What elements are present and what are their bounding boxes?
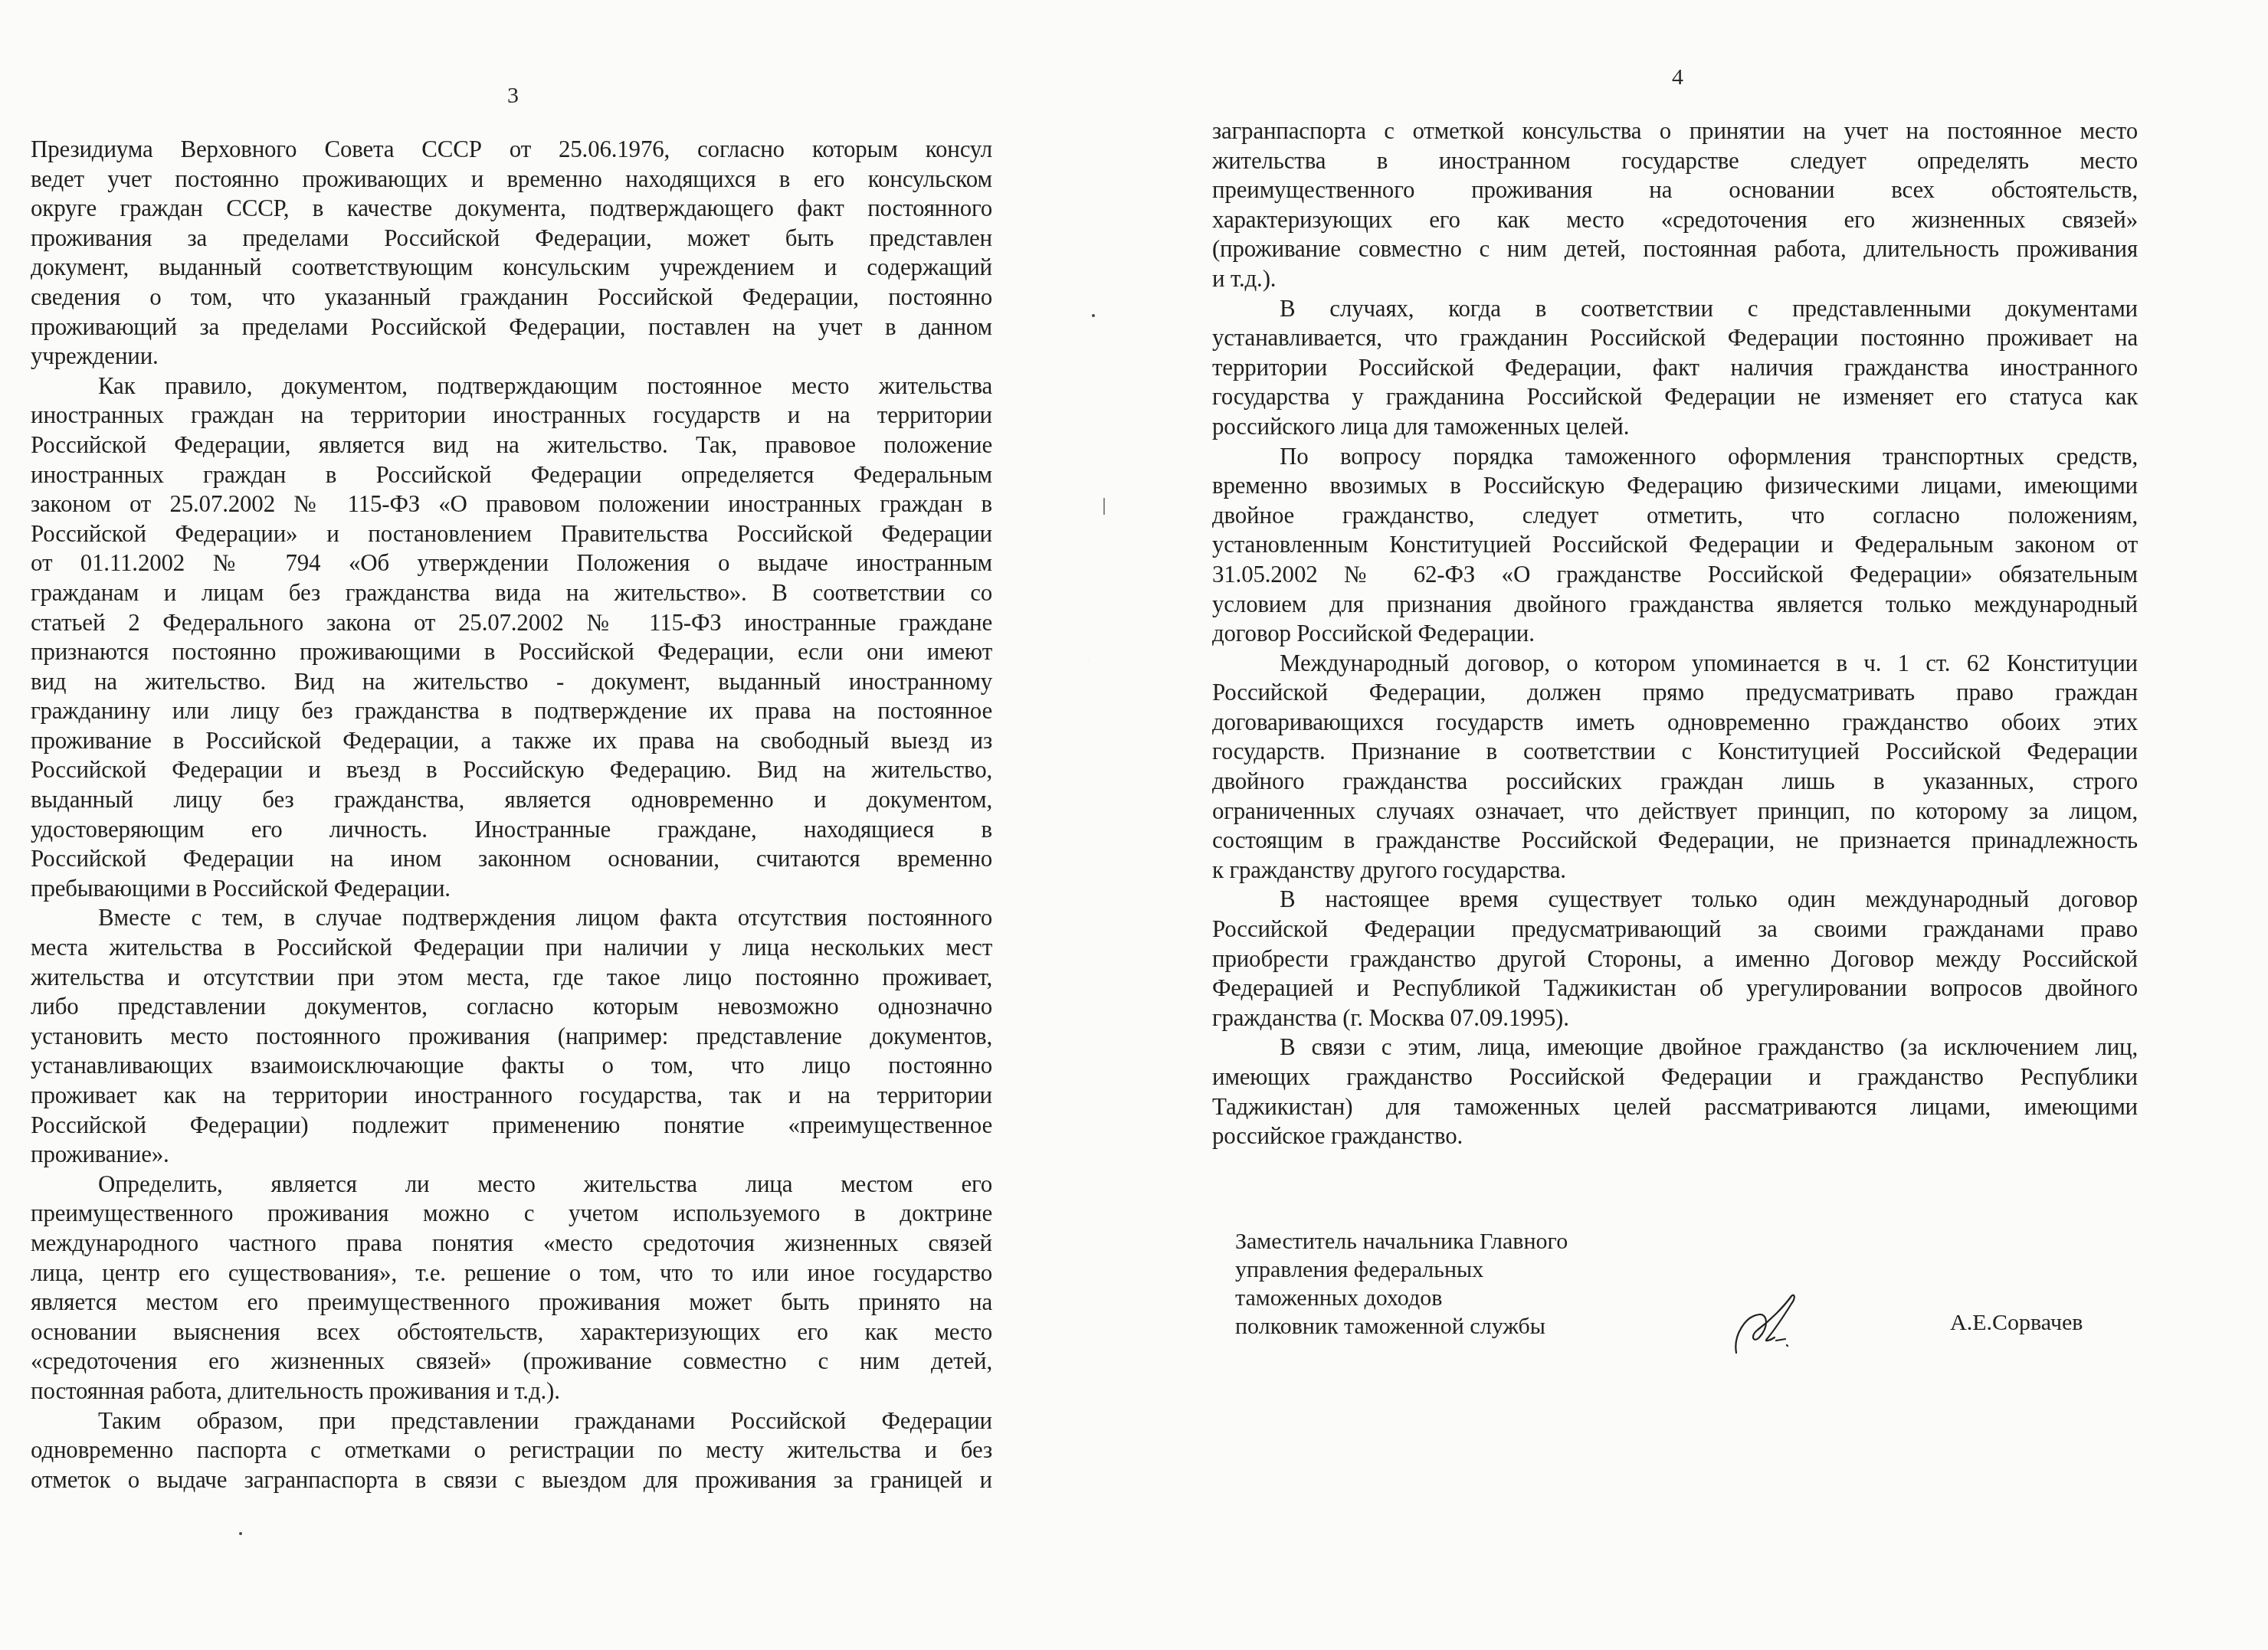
signatory-title-line: Заместитель начальника Главного xyxy=(1235,1227,1568,1256)
text-line: пребывающими в Российской Федерации. xyxy=(31,874,992,904)
text-line: выданный лицу без гражданства, является … xyxy=(31,785,992,815)
text-line: законом от 25.07.2002 № 115-ФЗ «О правов… xyxy=(31,489,992,519)
text-line: договор Российской Федерации. xyxy=(1212,619,2138,649)
signatory-title-line: управления федеральных xyxy=(1235,1256,1568,1284)
text-line: проживания за пределами Российской Федер… xyxy=(31,224,992,254)
scan-speck xyxy=(239,1532,242,1535)
text-line: двойного гражданства российских граждан … xyxy=(1212,767,2138,797)
signatory-title-line: таможенных доходов xyxy=(1235,1284,1568,1312)
text-line: округе граждан СССР, в качестве документ… xyxy=(31,194,992,224)
text-line: условием для признания двойного гражданс… xyxy=(1212,590,2138,620)
text-line: отметок о выдаче загранпаспорта в связи … xyxy=(31,1465,992,1495)
signatory-title: Заместитель начальника Главного управлен… xyxy=(1235,1227,1568,1341)
scan-mark xyxy=(1103,498,1105,515)
signatory-title-line: полковник таможенной службы xyxy=(1235,1312,1568,1341)
text-line: В настоящее время существует только один… xyxy=(1212,885,2138,915)
text-line: гражданства (г. Москва 07.09.1995). xyxy=(1212,1003,2138,1033)
text-line: состоящим в гражданстве Российской Федер… xyxy=(1212,826,2138,856)
text-line: территории Российской Федерации, факт на… xyxy=(1212,353,2138,383)
text-line: Российской Федерации) подлежит применени… xyxy=(31,1111,992,1141)
text-line: документ, выданный соответствующим консу… xyxy=(31,253,992,283)
text-line: государств. Признание в соответствии с К… xyxy=(1212,737,2138,767)
handwritten-signature-icon xyxy=(1730,1293,1814,1354)
text-line: 31.05.2002 № 62-ФЗ «О гражданстве Россий… xyxy=(1212,560,2138,590)
text-line: международного частного права понятия «м… xyxy=(31,1229,992,1259)
text-line: Как правило, документом, подтверждающим … xyxy=(31,372,992,401)
text-line: характеризующих его как место «средоточе… xyxy=(1212,205,2138,235)
text-line: Российской Федерации, является вид на жи… xyxy=(31,431,992,460)
text-line: Президиума Верховного Совета СССР от 25.… xyxy=(31,135,992,165)
text-line: По вопросу порядка таможенного оформлени… xyxy=(1212,442,2138,472)
text-line: Вместе с тем, в случае подтверждения лиц… xyxy=(31,903,992,933)
text-line: жительства и отсутствии при этом места, … xyxy=(31,963,992,993)
text-line: установленным Конституцией Российской Фе… xyxy=(1212,530,2138,560)
text-line: статьей 2 Федерального закона от 25.07.2… xyxy=(31,608,992,638)
text-line: проживание в Российской Федерации, а так… xyxy=(31,726,992,756)
text-line: одновременно паспорта с отметками о реги… xyxy=(31,1436,992,1465)
text-line: «средоточения его жизненных связей» (про… xyxy=(31,1347,992,1377)
text-line: признаются постоянно проживающими в Росс… xyxy=(31,637,992,667)
text-line: двойное гражданство, следует отметить, ч… xyxy=(1212,501,2138,531)
text-line: Международный договор, о котором упомина… xyxy=(1212,649,2138,679)
text-line: и т.д.). xyxy=(1212,264,2138,294)
text-line: гражданам и лицам без гражданства вида н… xyxy=(31,578,992,608)
text-line: гражданину или лицу без гражданства в по… xyxy=(31,696,992,726)
text-line: (проживание совместно с ним детей, посто… xyxy=(1212,234,2138,264)
left-page-text: Президиума Верховного Совета СССР от 25.… xyxy=(31,135,992,1494)
text-line: к гражданству другого государства. xyxy=(1212,856,2138,886)
text-line: Российской Федерации, должен прямо преду… xyxy=(1212,678,2138,708)
text-line: В случаях, когда в соответствии с предст… xyxy=(1212,294,2138,324)
text-line: загранпаспорта с отметкой консульства о … xyxy=(1212,116,2138,146)
text-line: временно ввозимых в Российскую Федерацию… xyxy=(1212,471,2138,501)
text-line: российского лица для таможенных целей. xyxy=(1212,412,2138,442)
text-line: либо представлении документов, согласно … xyxy=(31,992,992,1022)
text-line: устанавливается, что гражданин Российско… xyxy=(1212,323,2138,353)
text-line: иностранных граждан в Российской Федерац… xyxy=(31,460,992,490)
text-line: лица, центр его существования», т.е. реш… xyxy=(31,1259,992,1288)
text-line: преимущественного проживания на основани… xyxy=(1212,175,2138,205)
text-line: вид на жительство. Вид на жительство - д… xyxy=(31,667,992,697)
page-number-right: 4 xyxy=(1672,64,1683,90)
text-line: места жительства в Российской Федерации … xyxy=(31,933,992,963)
text-line: Таким образом, при представлении граждан… xyxy=(31,1406,992,1436)
text-line: преимущественного проживания можно с уче… xyxy=(31,1199,992,1229)
text-line: учреждении. xyxy=(31,342,992,372)
text-line: проживание». xyxy=(31,1140,992,1170)
text-line: удостоверяющим его личность. Иностранные… xyxy=(31,815,992,845)
text-line: имеющих гражданство Российской Федерации… xyxy=(1212,1062,2138,1092)
text-line: иностранных граждан на территории иностр… xyxy=(31,401,992,431)
text-line: постоянная работа, длительность проживан… xyxy=(31,1377,992,1406)
text-line: установить место постоянного проживания … xyxy=(31,1022,992,1052)
page-number-left: 3 xyxy=(507,83,519,109)
text-line: договаривающихся государств иметь одновр… xyxy=(1212,708,2138,738)
text-line: Федерацией и Республикой Таджикистан об … xyxy=(1212,974,2138,1003)
text-line: сведения о том, что указанный гражданин … xyxy=(31,283,992,313)
text-line: проживает как на территории иностранного… xyxy=(31,1081,992,1111)
text-line: жительства в иностранном государстве сле… xyxy=(1212,146,2138,176)
text-line: приобрести гражданство другой Стороны, а… xyxy=(1212,944,2138,974)
right-page-text: загранпаспорта с отметкой консульства о … xyxy=(1212,116,2138,1151)
text-line: Определить, является ли место жительства… xyxy=(31,1170,992,1200)
text-line: от 01.11.2002 № 794 «Об утверждении Поло… xyxy=(31,548,992,578)
text-line: ограниченных случаях означает, что дейст… xyxy=(1212,797,2138,827)
text-line: Российской Федерации и въезд в Российску… xyxy=(31,755,992,785)
text-line: устанавливающих взаимоисключающие факты … xyxy=(31,1051,992,1081)
text-line: В связи с этим, лица, имеющие двойное гр… xyxy=(1212,1033,2138,1062)
text-line: Российской Федерации предусматривающий з… xyxy=(1212,915,2138,944)
text-line: российское гражданство. xyxy=(1212,1121,2138,1151)
text-line: основании выяснения всех обстоятельств, … xyxy=(31,1318,992,1347)
text-line: Российской Федерации на ином законном ос… xyxy=(31,844,992,874)
text-line: является местом его преимущественного пр… xyxy=(31,1288,992,1318)
text-line: государства у гражданина Российской Феде… xyxy=(1212,382,2138,412)
signer-name: А.Е.Сорвачев xyxy=(1950,1310,2083,1336)
text-line: Российской Федерации» и постановлением П… xyxy=(31,519,992,549)
scan-speck xyxy=(1092,314,1095,317)
text-line: проживающий за пределами Российской Феде… xyxy=(31,313,992,342)
text-line: ведет учет постоянно проживающих и време… xyxy=(31,165,992,195)
text-line: Таджикистан) для таможенных целей рассма… xyxy=(1212,1092,2138,1122)
